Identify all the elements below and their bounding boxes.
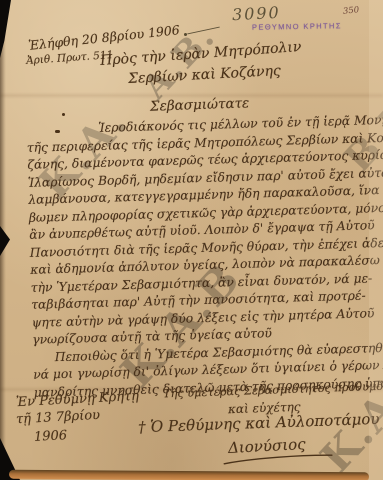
letter-body: Ἱεροδιάκονός τις μέλλων τοῦ ἐν τῇ ἱερᾷ Μ… xyxy=(26,112,380,402)
place-date-line: 1906 xyxy=(34,428,68,445)
salutation: Σεβασμιώτατε xyxy=(150,95,250,114)
document-page: Α.Β. Κ.Α. Β.Κ Κ.Α.Β Κ.Α. 3090 350 ΡΕΘΥΜΝ… xyxy=(0,0,383,480)
archive-number: 3090 xyxy=(232,3,282,25)
aux-number: 350 xyxy=(343,5,360,17)
ink-dot xyxy=(62,113,65,116)
pencil-dot xyxy=(184,33,187,36)
archive-stamp: ΡΕΘΥΜΝΟ ΚΡΗΤΗΣ xyxy=(252,21,342,32)
place-date-line: τῇ 13 7βρίου xyxy=(16,408,101,427)
bottom-paper-strip xyxy=(9,470,369,480)
paper-edge-right xyxy=(369,0,383,480)
